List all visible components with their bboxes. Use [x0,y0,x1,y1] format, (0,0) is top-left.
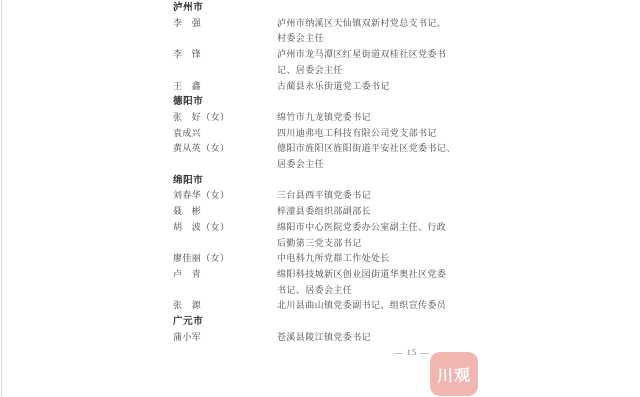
person-position: 北川县曲山镇党委副书记、组织宣传委员 [277,298,493,314]
page-number: — 15 — [394,347,430,357]
person-entry-row: 刘春华（女）三台县西平镇党委书记 [173,188,493,204]
person-entry-row: 袁成兴四川迪弗电工科技有限公司党支部书记 [173,126,493,142]
city-section-header: 绵阳市 [173,173,493,189]
person-position: 绵阳市中心医院党委办公室副主任、行政 后勤第三党支部书记 [277,220,493,251]
person-name: 张 源 [173,298,277,314]
person-position: 德阳市旌阳区旌阳街道平安社区党委书记、 居委会主任 [277,141,493,172]
person-name: 黄从英（女） [173,141,277,157]
person-entry-row: 李 锋泸州市龙马潭区红星街道双桂社区党委书 记、居委会主任 [173,47,493,78]
person-entry-row: 廖佳丽（女）中电科九所党群工作处处长 [173,251,493,267]
person-entry-row: 黄从英（女）德阳市旌阳区旌阳街道平安社区党委书记、 居委会主任 [173,141,493,172]
person-entry-row: 张 好（女）绵竹市九龙镇党委书记 [173,110,493,126]
person-position: 绵竹市九龙镇党委书记 [277,110,493,126]
person-position: 泸州市纳溪区天仙镇双新村党总支书记、 村委会主任 [277,16,493,47]
person-name: 李 强 [173,16,277,32]
person-name: 廖佳丽（女） [173,251,277,267]
person-position: 四川迪弗电工科技有限公司党支部书记 [277,126,493,142]
commendation-list: 泸州市李 强泸州市纳溪区天仙镇双新村党总支书记、 村委会主任李 锋泸州市龙马潭区… [173,0,493,345]
person-entry-row: 李 强泸州市纳溪区天仙镇双新村党总支书记、 村委会主任 [173,16,493,47]
person-entry-row: 胡 波（女）绵阳市中心医院党委办公室副主任、行政 后勤第三党支部书记 [173,220,493,251]
page-edge-line [1,0,2,397]
city-section-header: 德阳市 [173,94,493,110]
person-position: 古蔺县永乐街道党工委书记 [277,79,493,95]
person-entry-row: 张 源北川县曲山镇党委副书记、组织宣传委员 [173,298,493,314]
person-name: 袁成兴 [173,126,277,142]
person-entry-row: 聂 彬梓潼县委组织部副部长 [173,204,493,220]
city-section-header: 泸州市 [173,0,493,16]
person-name: 李 锋 [173,47,277,63]
chuanguan-watermark-logo: 川观 [430,352,478,396]
person-entry-row: 卢 青绵阳科技城新区创业园街道华奥社区党委 书记、居委会主任 [173,267,493,298]
person-name: 王 鑫 [173,79,277,95]
person-position: 绵阳科技城新区创业园街道华奥社区党委 书记、居委会主任 [277,267,493,298]
document-page: 泸州市李 强泸州市纳溪区天仙镇双新村党总支书记、 村委会主任李 锋泸州市龙马潭区… [0,0,640,397]
person-name: 胡 波（女） [173,220,277,236]
person-name: 卢 青 [173,267,277,283]
person-name: 聂 彬 [173,204,277,220]
person-position: 三台县西平镇党委书记 [277,188,493,204]
person-position: 中电科九所党群工作处处长 [277,251,493,267]
person-position: 泸州市龙马潭区红星街道双桂社区党委书 记、居委会主任 [277,47,493,78]
person-name: 刘春华（女） [173,188,277,204]
chuanguan-logo-text: 川观 [437,362,472,386]
person-position: 苍溪县陵江镇党委书记 [277,330,493,346]
person-position: 梓潼县委组织部副部长 [277,204,493,220]
person-entry-row: 王 鑫古蔺县永乐街道党工委书记 [173,79,493,95]
city-section-header: 广元市 [173,314,493,330]
person-name: 蒲小军 [173,330,277,346]
person-entry-row: 蒲小军苍溪县陵江镇党委书记 [173,330,493,346]
person-name: 张 好（女） [173,110,277,126]
